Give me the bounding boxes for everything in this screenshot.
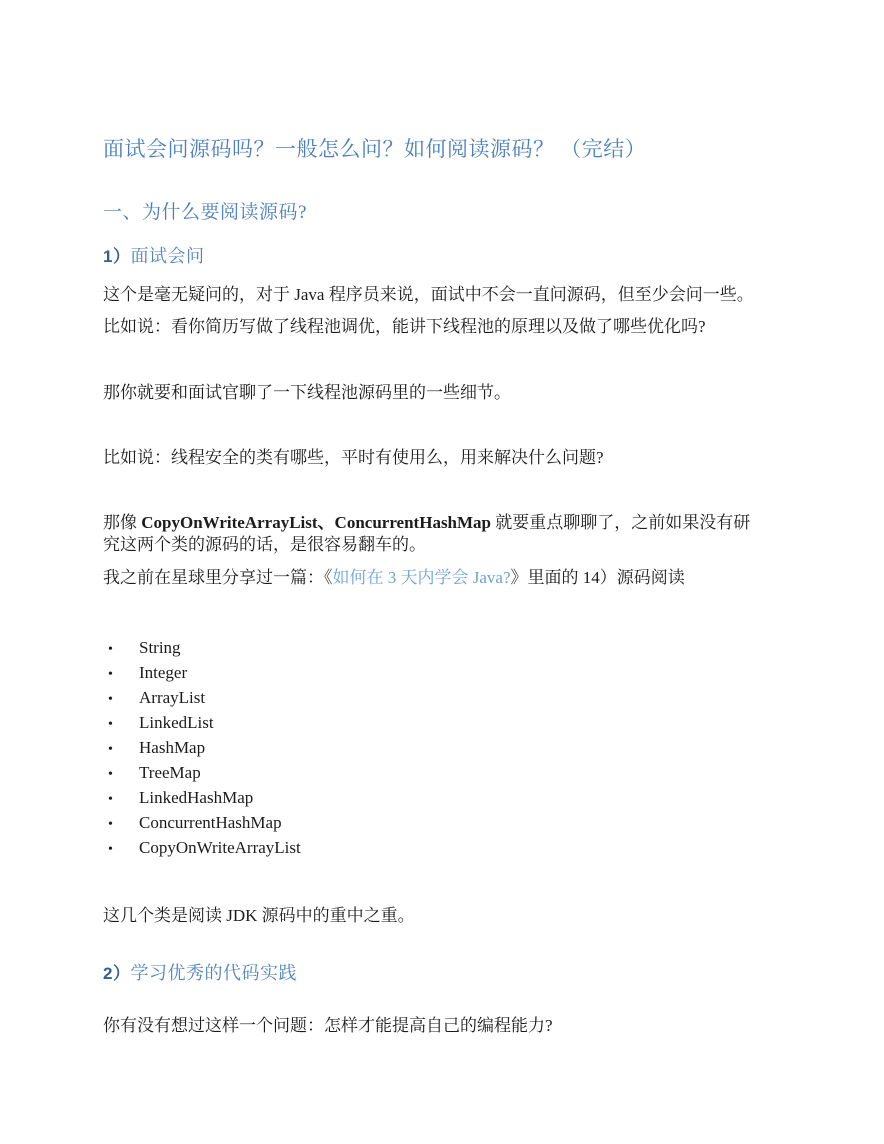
bullet-icon: • <box>103 838 139 861</box>
list-item-label: TreeMap <box>139 761 201 784</box>
bullet-icon: • <box>103 813 139 836</box>
java-article-link[interactable]: 如何在 3 天内学会 Java? <box>333 568 511 587</box>
subsection-2-heading: 2）学习优秀的代码实践 <box>103 962 792 985</box>
subsection-1-heading: 1）面试会问 <box>103 245 792 268</box>
class-name-separator: 、 <box>318 513 335 532</box>
bullet-icon: • <box>103 663 139 686</box>
subsection-1-title: 面试会问 <box>130 246 204 266</box>
bullet-icon: • <box>103 638 139 661</box>
jdk-class-list: •String •Integer •ArrayList •LinkedList … <box>103 636 792 861</box>
document-page: 面试会问源码吗？一般怎么问？如何阅读源码？ （完结） 一、为什么要阅读源码? 1… <box>0 0 884 1037</box>
list-item-label: HashMap <box>139 736 205 759</box>
subsection-1-number: 1） <box>103 247 130 266</box>
paragraph-threadsafe-question: 比如说：线程安全的类有哪些，平时有使用么，用来解决什么问题? <box>103 447 792 469</box>
paragraph-jdk-importance: 这几个类是阅读 JDK 源码中的重中之重。 <box>103 905 792 927</box>
list-item-label: ConcurrentHashMap <box>139 811 282 834</box>
list-item-hashmap: •HashMap <box>103 736 792 761</box>
paragraph-improve-coding: 你有没有想过这样一个问题：怎样才能提高自己的编程能力? <box>103 1015 792 1037</box>
paragraph-key-classes-post2: 究这两个类的源码的话，是很容易翻车的。 <box>103 535 426 554</box>
paragraph-resume-example: 比如说：看你简历写做了线程池调优，能讲下线程池的原理以及做了哪些优化吗? <box>103 316 792 338</box>
bullet-icon: • <box>103 763 139 786</box>
list-item-label: Integer <box>139 661 187 684</box>
list-item-treemap: •TreeMap <box>103 761 792 786</box>
list-item-linkedlist: •LinkedList <box>103 711 792 736</box>
list-item-concurrenthashmap: •ConcurrentHashMap <box>103 811 792 836</box>
paragraph-threadpool-details: 那你就要和面试官聊了一下线程池源码里的一些细节。 <box>103 382 792 404</box>
paragraph-shared-article-post: 》里面的 14）源码阅读 <box>511 568 685 587</box>
paragraph-shared-article: 我之前在星球里分享过一篇：《如何在 3 天内学会 Java?》里面的 14）源码… <box>103 567 792 589</box>
list-item-string: •String <box>103 636 792 661</box>
list-item-linkedhashmap: •LinkedHashMap <box>103 786 792 811</box>
list-item-label: CopyOnWriteArrayList <box>139 836 301 859</box>
paragraph-key-classes-pre: 那像 <box>103 513 141 532</box>
page-title: 面试会问源码吗？一般怎么问？如何阅读源码？ （完结） <box>103 136 792 163</box>
paragraph-key-classes-post1: 就要重点聊聊了，之前如果没有研 <box>491 513 750 532</box>
list-item-label: LinkedList <box>139 711 214 734</box>
list-item-integer: •Integer <box>103 661 792 686</box>
paragraph-key-classes: 那像 CopyOnWriteArrayList、ConcurrentHashMa… <box>103 512 792 556</box>
list-item-label: ArrayList <box>139 686 205 709</box>
bullet-icon: • <box>103 788 139 811</box>
bullet-icon: • <box>103 738 139 761</box>
bullet-icon: • <box>103 688 139 711</box>
subsection-2-number: 2） <box>103 964 130 983</box>
section-heading: 一、为什么要阅读源码? <box>103 201 792 225</box>
paragraph-interview-will-ask: 这个是毫无疑问的，对于 Java 程序员来说，面试中不会一直问源码，但至少会问一… <box>103 284 792 306</box>
paragraph-shared-article-pre: 我之前在星球里分享过一篇：《 <box>103 568 333 587</box>
list-item-copyonwritearraylist: •CopyOnWriteArrayList <box>103 836 792 861</box>
list-item-arraylist: •ArrayList <box>103 686 792 711</box>
bullet-icon: • <box>103 713 139 736</box>
list-item-label: LinkedHashMap <box>139 786 253 809</box>
list-item-label: String <box>139 636 181 659</box>
subsection-2-title: 学习优秀的代码实践 <box>130 963 297 983</box>
class-name-concurrenthashmap: ConcurrentHashMap <box>335 513 491 532</box>
class-name-copyonwritearraylist: CopyOnWriteArrayList <box>141 513 317 532</box>
